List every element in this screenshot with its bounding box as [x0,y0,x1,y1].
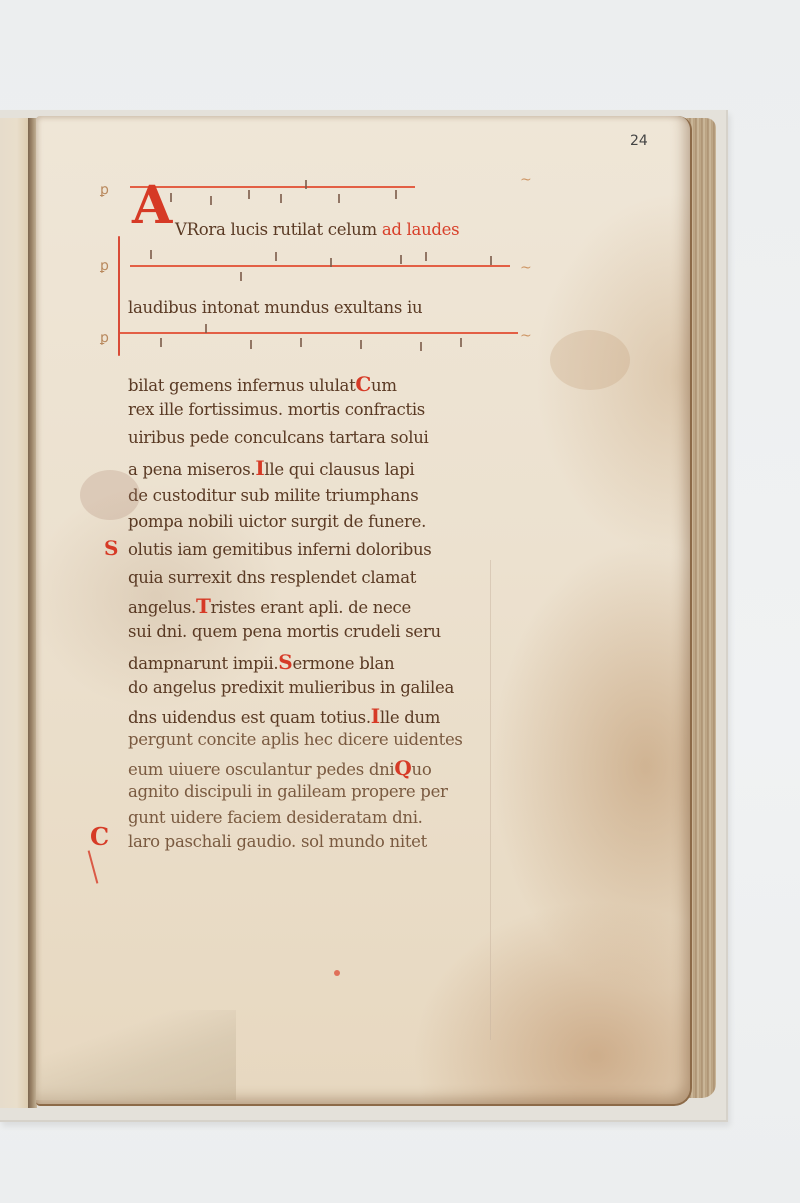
neume [248,190,250,199]
neume [280,194,282,203]
body-line-4: a pena miseros.Ille qui clausus lapi [128,456,414,480]
red-ink-speck [334,970,340,976]
clef-mark: ꝑ [100,330,109,346]
rubricated-initial: T [196,594,211,618]
clef-mark: ꝑ [100,258,109,274]
body-line-1: bilat gemens infernus ululatCum [128,372,397,396]
body-line-2: rex ille fortissimus. mortis confractis [128,400,425,419]
custos-mark: ~ [520,260,532,276]
neume [150,250,152,259]
rubricated-initial: Q [394,756,411,780]
line-text: lle dum [380,708,440,727]
body-line-13: dns uidendus est quam totius.Ille dum [128,704,440,728]
neume [210,196,212,205]
neume [338,194,340,203]
neume [425,252,427,261]
rubric-ad-laudes: ad laudes [382,220,459,239]
line-text: dns uidendus est quam totius. [128,708,371,727]
custos-mark: ~ [520,328,532,344]
neume [420,342,422,351]
line-text: bilat gemens infernus ululat [128,376,355,395]
previous-leaf-edge [0,118,29,1108]
neume [395,190,397,199]
line-text: eum uiuere osculantur pedes dni [128,760,394,779]
ruling-line [490,560,491,1040]
body-line-16: agnito discipuli in galileam propere per [128,782,448,801]
body-line-3: uiribus pede conculcans tartara solui [128,428,429,447]
chant-text-line-1: VRora lucis rutilat celum ad laudes [175,220,459,239]
body-line-17: gunt uidere faciem desideratam dni. [128,808,423,827]
body-line-15: eum uiuere osculantur pedes dniQuo [128,756,432,780]
neume [305,180,307,189]
line-text: uo [412,760,432,779]
folio-number: 24 [630,133,648,149]
neume [205,324,207,333]
custos-mark: ~ [520,172,532,188]
line-text: dampnarunt impii. [128,654,278,673]
line-text: um [371,376,397,395]
body-line-9: angelus.Tristes erant apli. de nece [128,594,411,618]
margin-initial-c: C [90,822,109,851]
body-line-7: olutis iam gemitibus inferni doloribus [128,540,431,559]
body-line-8: quia surrexit dns resplendet clamat [128,568,416,587]
staff-line [130,265,510,267]
line-text: ermone blan [292,654,394,673]
rubricated-initial: S [278,650,292,674]
margin-initial-s: S [104,536,118,560]
line-text: angelus. [128,598,196,617]
body-line-6: pompa nobili uictor surgit de funere. [128,512,426,531]
body-line-11: dampnarunt impii.Sermone blan [128,650,394,674]
chant-text-line-2: laudibus intonat mundus exultans iu [128,298,422,317]
neume [160,338,162,347]
neume [330,258,332,267]
neume [460,338,462,347]
neume [275,252,277,261]
chant-text: VRora lucis rutilat celum [175,220,377,239]
clef-mark: ꝑ [100,182,109,198]
line-text: lle qui clausus lapi [264,460,414,479]
neume [250,340,252,349]
neume [360,340,362,349]
staff-line [130,186,415,188]
line-text: a pena miseros. [128,460,255,479]
body-line-18: laro paschali gaudio. sol mundo nitet [128,832,427,851]
stain [550,330,630,390]
body-line-14: pergunt concite aplis hec dicere uidente… [128,730,463,749]
rubricated-initial: C [355,372,371,396]
body-line-10: sui dni. quem pena mortis crudeli seru [128,622,441,641]
body-line-12: do angelus predixit mulieribus in galile… [128,678,454,697]
stain [80,470,140,520]
initial-a-descender-flourish [118,236,120,356]
neume [240,272,242,281]
line-text: ristes erant apli. de nece [211,598,411,617]
body-line-5: de custoditur sub milite triumphans [128,486,418,505]
staff-line [120,332,518,334]
rubricated-initial: I [371,704,380,728]
decorated-initial-a: A [132,180,172,232]
neume [490,256,492,265]
torn-corner [36,1010,236,1100]
neume [300,338,302,347]
neume [400,255,402,264]
